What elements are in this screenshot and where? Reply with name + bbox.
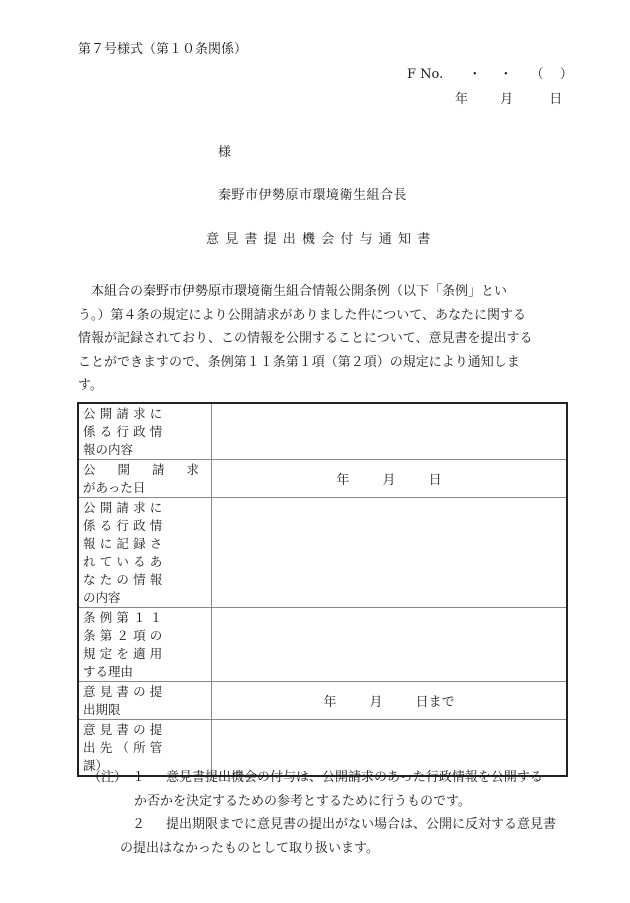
note-text: 意見書提出機会の付与は、公開請求のあった行政情報を公開する: [166, 770, 543, 785]
value-request-content[interactable]: [211, 403, 567, 460]
request-date-day: 日: [429, 469, 442, 488]
table-row-exemption-reason: 条例第１１ 条第２項の 規定を適用 する理由: [78, 608, 567, 682]
note-number: ２: [132, 813, 166, 837]
request-date-year: 年: [336, 469, 378, 488]
body-line: ことができますので、条例第１１条第１項（第２項）の規定により通知しま: [78, 351, 570, 375]
note-text: 提出期限までに意見書の提出がない場合は、公開に反対する意見書: [166, 817, 556, 832]
sender-name: 秦野市伊勢原市環境衛生組合長: [218, 184, 407, 203]
fno-separator: ・: [492, 63, 519, 82]
date-day-label: 日: [549, 88, 562, 107]
notes-section: （注）１意見書提出機会の付与は、公開請求のあった行政情報を公開する か否かを決定…: [88, 766, 578, 860]
body-line: 情報が記録されており、この情報を公開することについて、意見書を提出する: [78, 327, 570, 351]
body-line: う。）第４条の規定により公開請求がありました件について、あなたに関する: [78, 304, 570, 328]
issue-date-line: 年 月 日: [455, 88, 562, 107]
date-year-label: 年: [455, 88, 496, 107]
notice-form-table: 公開請求に 係る行政情 報の内容 公 開 請 求 があった日 年 月 日 公開請…: [77, 402, 568, 777]
notes-prefix: （注）: [88, 766, 132, 790]
value-exemption-reason[interactable]: [211, 608, 567, 682]
deadline-month: 月: [369, 691, 411, 710]
label-deadline: 意見書の提 出期限: [78, 682, 211, 720]
note-item-2: ２提出期限までに意見書の提出がない場合は、公開に反対する意見書: [88, 813, 578, 837]
value-recorded-info[interactable]: [211, 498, 567, 608]
table-row-recorded-info: 公開請求に 係る行政情 報に記録さ れているあ なたの情報 の内容: [78, 498, 567, 608]
value-deadline[interactable]: 年 月 日まで: [211, 682, 567, 720]
label-exemption-reason: 条例第１１ 条第２項の 規定を適用 する理由: [78, 608, 211, 682]
label-recorded-info: 公開請求に 係る行政情 報に記録さ れているあ なたの情報 の内容: [78, 498, 211, 608]
date-month-label: 月: [500, 88, 545, 107]
fno-paren-close: ）: [560, 63, 573, 82]
table-row-deadline: 意見書の提 出期限 年 月 日まで: [78, 682, 567, 720]
note-item-2-continuation: の提出はなかったものとして取り扱います。: [88, 837, 578, 861]
table-row-request-content: 公開請求に 係る行政情 報の内容: [78, 403, 567, 460]
fno-label: F No.: [407, 67, 437, 82]
note-item-1-continuation: か否かを決定するための参考とするために行うものです。: [88, 790, 578, 814]
note-text: か否かを決定するための参考とするために行うものです。: [134, 794, 471, 809]
document-title: 意見書提出機会付与通知書: [206, 228, 436, 247]
file-number-line: F No. ・ ・ （ ）: [407, 63, 573, 82]
note-number: １: [132, 766, 166, 790]
body-paragraph: 本組合の秦野市伊勢原市環境衛生組合情報公開条例（以下「条例」とい う。）第４条の…: [78, 280, 570, 398]
request-date-month: 月: [382, 469, 424, 488]
note-text: の提出はなかったものとして取り扱います。: [120, 841, 379, 856]
table-row-request-date: 公 開 請 求 があった日 年 月 日: [78, 460, 567, 498]
value-request-date[interactable]: 年 月 日: [211, 460, 567, 498]
body-line: す。: [78, 374, 570, 398]
fno-separator: ・: [461, 63, 488, 82]
addressee-honorific: 様: [218, 141, 231, 160]
label-request-date: 公 開 請 求 があった日: [78, 460, 211, 498]
deadline-year: 年: [323, 691, 365, 710]
label-request-content: 公開請求に 係る行政情 報の内容: [78, 403, 211, 460]
note-item-1: （注）１意見書提出機会の付与は、公開請求のあった行政情報を公開する: [88, 766, 578, 790]
fno-paren-open: （: [524, 63, 544, 82]
body-line: 本組合の秦野市伊勢原市環境衛生組合情報公開条例（以下「条例」とい: [78, 280, 570, 304]
form-number: 第７号様式（第１０条関係）: [78, 38, 247, 57]
deadline-day: 日まで: [416, 691, 455, 710]
